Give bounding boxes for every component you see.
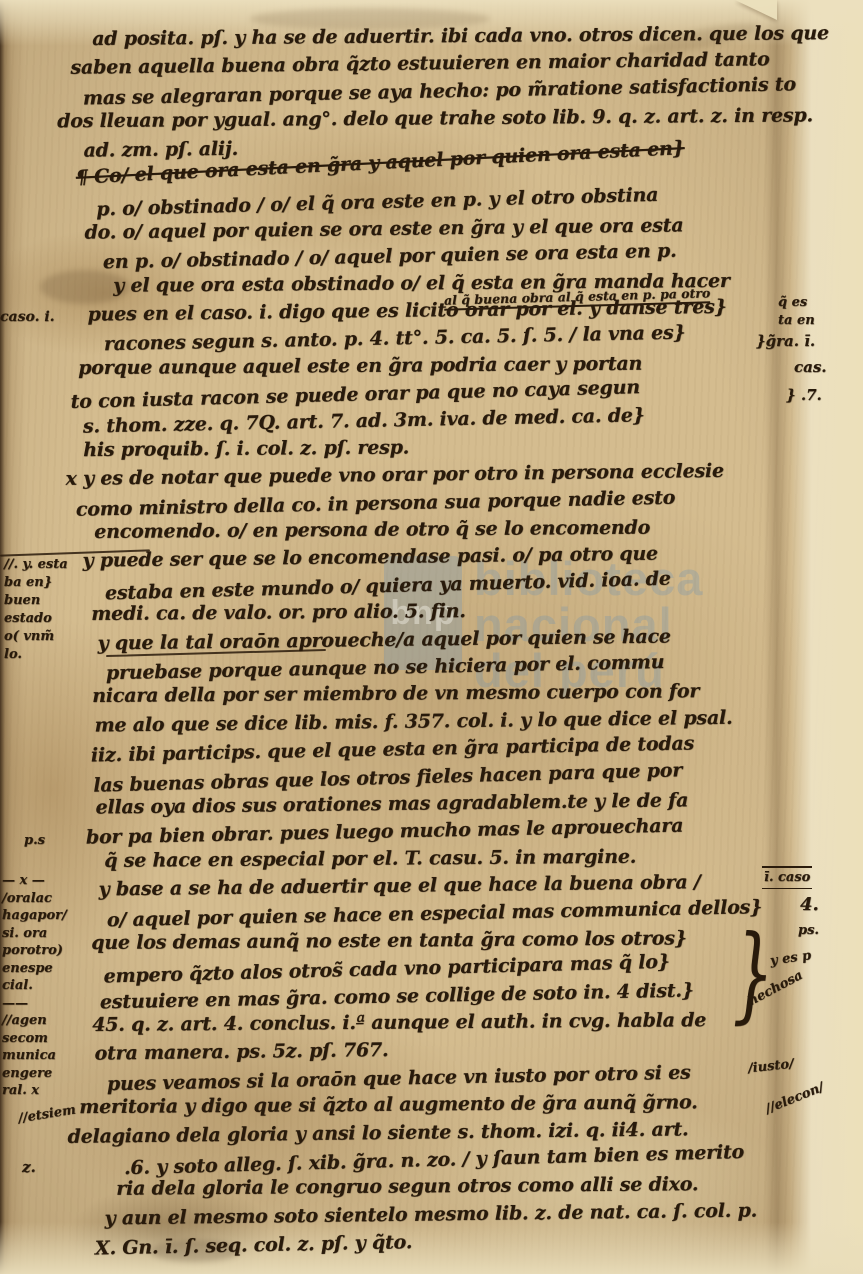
margin-note-line: q̃ es (778, 294, 815, 312)
margin-note-line: cial. (2, 977, 67, 995)
text-line: ad posita. pſ. y ha se de aduertir. ibi … (92, 20, 814, 53)
page-corner-fold (735, 0, 777, 20)
margin-note-line: ral. x (2, 1082, 67, 1100)
margin-note-line: //. y. esta (4, 556, 68, 574)
margin-note-ps: p.s (24, 832, 45, 850)
text-line: encomendo. o/ en persona de otro q̃ se l… (94, 513, 820, 546)
margin-note-line: enespe (2, 960, 67, 978)
margin-note-line: buen (4, 592, 68, 610)
margin-note-line: porotro) (2, 942, 67, 960)
margin-note-line: munica (2, 1047, 67, 1065)
margin-note-catchword: caso. i. (0, 308, 55, 326)
margin-note-line: estado (4, 610, 68, 628)
margin-note-group2: — x —/oralachagapor/si. oraporotro)enesp… (2, 872, 67, 1100)
manuscript-page: bnp bibliotecanacionaldel perú ad posita… (0, 0, 863, 1274)
margin-note-z: z. (22, 1158, 36, 1176)
margin-note-line: — x — (2, 872, 67, 890)
manuscript-text: ad posita. pſ. y ha se de aduertir. ibi … (54, 19, 829, 1261)
text-line: his proquib. ſ. i. col. z. pſ. resp. (83, 431, 819, 464)
margin-note-line: si. ora (2, 925, 67, 943)
margin-note-line: //agen (2, 1012, 67, 1030)
margin-note-line: ba en} (4, 574, 68, 592)
margin-note-line: /oralac (2, 890, 67, 908)
margin-note-psr: ps. (798, 922, 819, 940)
margin-note-line: secom (2, 1030, 67, 1048)
margin-note-line: lo. (4, 646, 68, 664)
margin-note-seven: } .7. (786, 386, 822, 404)
margin-note-line: —— (2, 995, 67, 1013)
margin-note-caso: ī. caso (762, 866, 812, 889)
margin-note-qesta: q̃ esta en (778, 294, 815, 330)
margin-note-group1: //. y. estaba en}buenestadoo( vnm̃lo. (4, 556, 68, 664)
text-line: 45. q. z. art. 4. conclus. i.ª aunque el… (92, 1006, 826, 1039)
margin-note-line: o( vnm̃ (4, 628, 68, 646)
margin-note-gra: }g̃ra. ī. (756, 332, 815, 350)
margin-note-four: 4. (800, 896, 819, 914)
margin-note-line: ta en (778, 312, 815, 330)
margin-note-line: hagapor/ (2, 907, 67, 925)
margin-brace: } (733, 912, 774, 1034)
margin-note-cas: cas. (794, 358, 827, 376)
margin-note-line: engere (2, 1065, 67, 1083)
text-line: q̃ se hace en especial por el. T. casu. … (104, 842, 824, 875)
